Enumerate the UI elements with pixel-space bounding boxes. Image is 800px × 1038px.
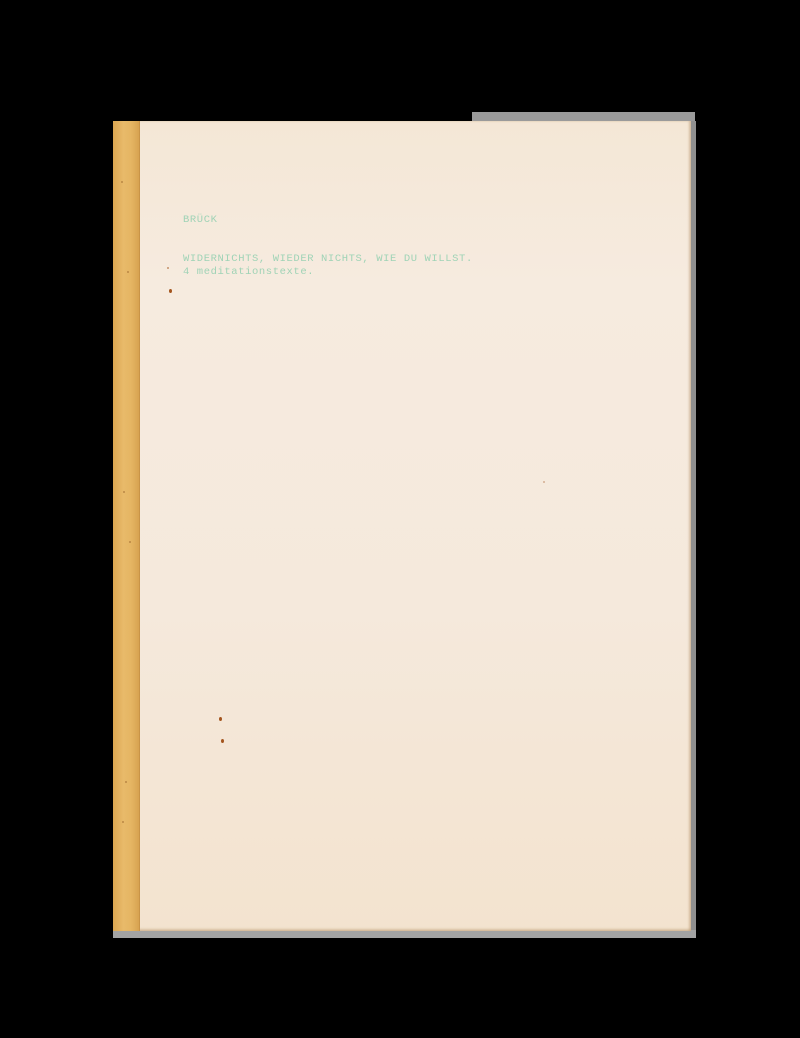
spine-mark	[127, 271, 129, 273]
author-name: BRÜCK	[183, 214, 218, 226]
foxing-spot	[169, 289, 172, 293]
spine-mark	[123, 491, 125, 493]
foxing-spot	[221, 739, 224, 743]
spine-mark	[122, 821, 124, 823]
document-title: WIDERNICHTS, WIEDER NICHTS, WIE DU WILLS…	[183, 253, 473, 265]
document-subtitle: 4 meditationstexte.	[183, 266, 314, 278]
spine-mark	[121, 181, 123, 183]
background-strip-top	[472, 112, 695, 121]
foxing-spot	[543, 481, 545, 483]
binding-tape-spine	[113, 121, 140, 931]
foxing-spot	[219, 717, 222, 721]
spine-mark	[129, 541, 131, 543]
background-strip-bottom	[113, 930, 696, 938]
document-page: BRÜCK WIDERNICHTS, WIEDER NICHTS, WIE DU…	[113, 121, 691, 931]
spine-mark	[125, 781, 127, 783]
foxing-spot	[167, 267, 169, 269]
